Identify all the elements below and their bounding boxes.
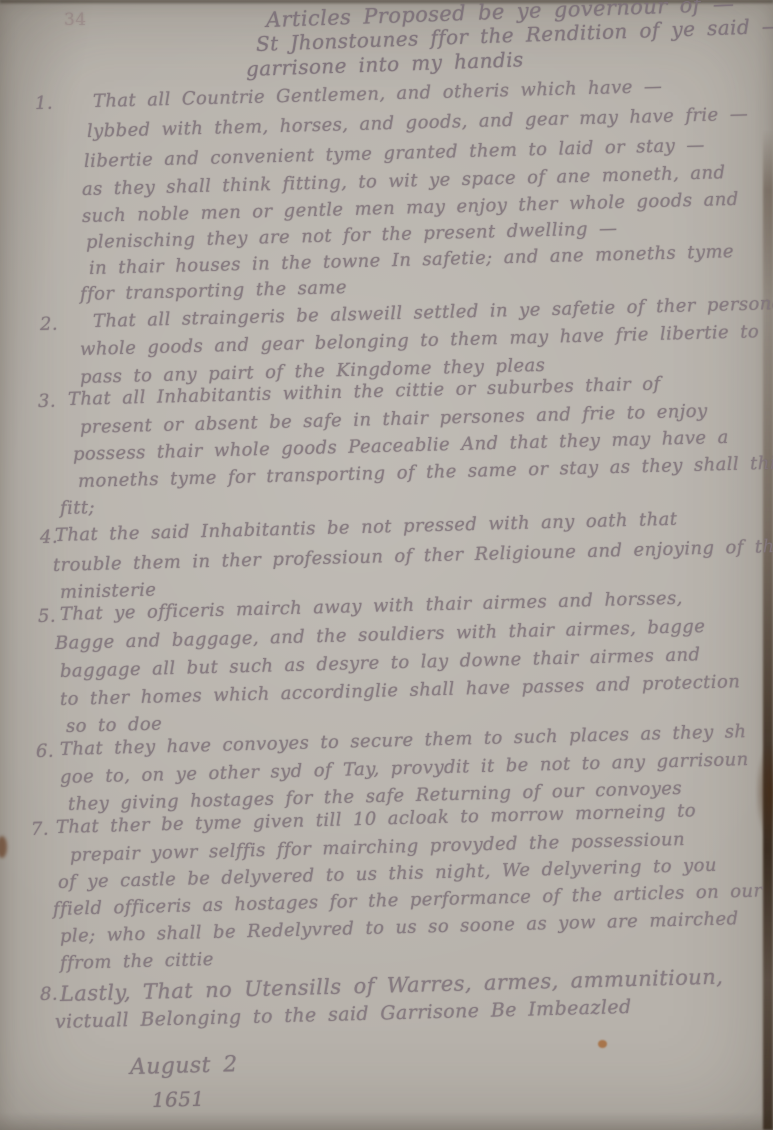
right-edge-gutter-shadow xyxy=(763,130,773,1130)
dateline-month-day: August 2 xyxy=(130,1052,238,1080)
article-line: so to doe xyxy=(66,713,163,737)
left-edge-stain xyxy=(0,836,7,858)
article-number: 5. xyxy=(38,606,57,627)
article-number: 3. xyxy=(38,391,57,412)
article-number: 2. xyxy=(40,314,59,335)
article-number: 8. xyxy=(40,984,59,1005)
article-number: 7. xyxy=(31,819,50,840)
article-number: 6. xyxy=(36,741,55,762)
article-line: fitt; xyxy=(60,497,95,519)
article-line: ffor transporting the same xyxy=(80,277,347,305)
manuscript-page: 34 August 2 1651 Articles Proposed be ye… xyxy=(0,0,773,1130)
dateline-year: 1651 xyxy=(152,1087,205,1112)
article-line: ministerie xyxy=(60,579,157,603)
article-line: That all Countrie Gentlemen, and otheris… xyxy=(93,76,663,112)
article-line: ffrom the cittie xyxy=(60,949,214,974)
folio-number: 34 xyxy=(64,10,86,30)
article-number: 1. xyxy=(35,93,54,114)
rust-spot xyxy=(598,1040,607,1048)
right-edge-stain xyxy=(756,744,773,840)
